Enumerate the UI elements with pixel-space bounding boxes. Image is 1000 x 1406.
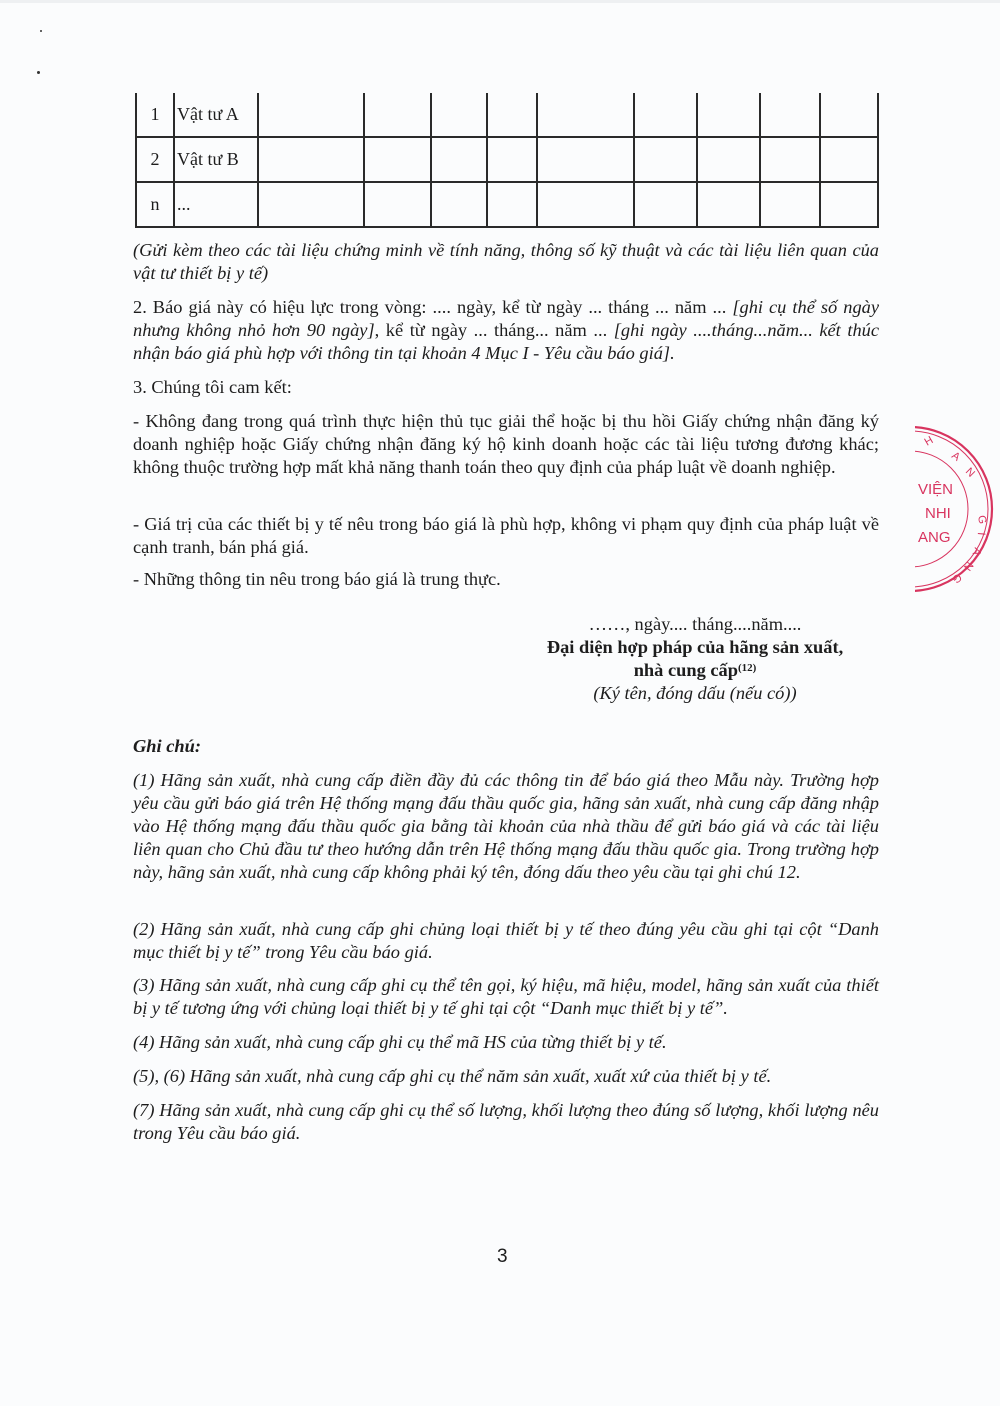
empty-cell xyxy=(364,93,431,137)
scan-speck xyxy=(37,71,40,74)
empty-cell xyxy=(820,137,878,182)
empty-cell xyxy=(431,93,487,137)
row-number: 1 xyxy=(136,93,174,137)
empty-cell xyxy=(760,93,820,137)
svg-text:VIỆN: VIỆN xyxy=(918,481,953,498)
note-item: (7) Hãng sản xuất, nhà cung cấp ghi cụ t… xyxy=(133,1099,879,1145)
row-number: 2 xyxy=(136,137,174,182)
signature-title-line1: Đại diện hợp pháp của hãng sản xuất, xyxy=(500,636,890,659)
empty-cell xyxy=(697,137,760,182)
empty-cell xyxy=(487,93,537,137)
signature-date-line: ……, ngày.... tháng....năm.... xyxy=(500,613,890,636)
empty-cell xyxy=(820,182,878,227)
empty-cell xyxy=(634,137,697,182)
commitment-item: - Không đang trong quá trình thực hiện t… xyxy=(133,410,879,479)
item-name: Vật tư B xyxy=(174,137,258,182)
note-item: (4) Hãng sản xuất, nhà cung cấp ghi cụ t… xyxy=(133,1031,879,1054)
svg-text:N: N xyxy=(963,466,977,480)
note-item: (2) Hãng sản xuất, nhà cung cấp ghi chủn… xyxy=(133,918,879,964)
empty-cell xyxy=(364,137,431,182)
footnote-ref: (12) xyxy=(738,662,756,674)
note-item: (3) Hãng sản xuất, nhà cung cấp ghi cụ t… xyxy=(133,974,879,1020)
note-item: (5), (6) Hãng sản xuất, nhà cung cấp ghi… xyxy=(133,1065,879,1088)
empty-cell xyxy=(487,182,537,227)
scan-edge xyxy=(0,0,1000,3)
empty-cell xyxy=(431,182,487,227)
empty-cell xyxy=(760,182,820,227)
signature-block: ……, ngày.... tháng....năm.... Đại diện h… xyxy=(500,613,890,705)
svg-text:H: H xyxy=(923,434,936,448)
empty-cell xyxy=(431,137,487,182)
empty-cell xyxy=(697,93,760,137)
empty-cell xyxy=(634,93,697,137)
empty-cell xyxy=(634,182,697,227)
empty-cell xyxy=(760,137,820,182)
row-number: n xyxy=(136,182,174,227)
note-item: (1) Hãng sản xuất, nhà cung cấp điền đầy… xyxy=(133,769,879,884)
empty-cell xyxy=(697,182,760,227)
empty-cell xyxy=(537,93,634,137)
empty-cell xyxy=(258,182,364,227)
validity-mid: , kể từ ngày ... tháng... năm ... xyxy=(375,320,614,340)
empty-cell xyxy=(537,137,634,182)
scan-speck xyxy=(40,30,42,32)
svg-text:A: A xyxy=(949,450,962,464)
svg-text:I: I xyxy=(975,532,987,536)
signature-title-text: nhà cung cấp xyxy=(634,660,738,680)
validity-lead: 2. Báo giá này có hiệu lực trong vòng: .… xyxy=(133,297,732,317)
commitment-heading: 3. Chúng tôi cam kết: xyxy=(133,376,879,399)
table-row: 1Vật tư A xyxy=(136,93,878,137)
commitment-item: - Giá trị của các thiết bị y tế nêu tron… xyxy=(133,513,879,559)
svg-text:ANG: ANG xyxy=(918,529,951,546)
signature-title-line2: nhà cung cấp(12) xyxy=(500,659,890,682)
empty-cell xyxy=(487,137,537,182)
attachment-note: (Gửi kèm theo các tài liệu chứng minh về… xyxy=(133,239,879,285)
empty-cell xyxy=(364,182,431,227)
commitment-item: - Những thông tin nêu trong báo giá là t… xyxy=(133,568,879,591)
empty-cell xyxy=(537,182,634,227)
empty-cell xyxy=(258,137,364,182)
item-name: Vật tư A xyxy=(174,93,258,137)
validity-clause: 2. Báo giá này có hiệu lực trong vòng: .… xyxy=(133,296,879,365)
svg-text:NHI: NHI xyxy=(925,505,951,522)
red-seal-stamp: H A N G I A N G VIỆNNHIANG xyxy=(915,424,1000,594)
table-row: n... xyxy=(136,182,878,227)
table-row: 2Vật tư B xyxy=(136,137,878,182)
item-name: ... xyxy=(174,182,258,227)
empty-cell xyxy=(258,93,364,137)
signature-instruction: (Ký tên, đóng dấu (nếu có)) xyxy=(500,682,890,705)
quotation-items-table: 1Vật tư A2Vật tư Bn... xyxy=(135,93,879,228)
empty-cell xyxy=(820,93,878,137)
page-number: 3 xyxy=(497,1246,508,1268)
notes-heading: Ghi chú: xyxy=(133,736,201,757)
